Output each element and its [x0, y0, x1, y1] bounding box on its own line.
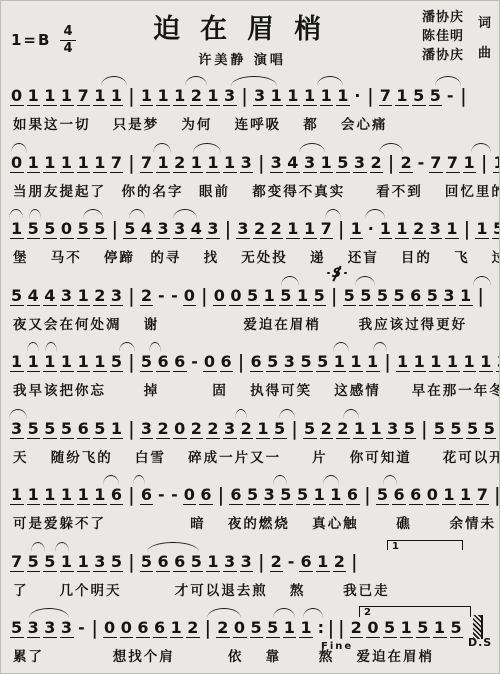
key-signature: 1=B 4 4 — [11, 25, 76, 55]
music-line-5: 1 1 1 1 1 1 5 | 5 6 6 - 0 6 | 6 5 3 5 5 … — [9, 339, 491, 406]
first-ending-number: 1 — [392, 541, 399, 552]
slur-arc — [9, 409, 27, 419]
notes-row: 1 1 1 1 1 1 5 | 5 6 6 - 0 6 | 6 5 3 5 5 … — [10, 352, 491, 372]
slur-arc — [129, 209, 145, 219]
song-title: 迫在眉梢 — [143, 7, 341, 46]
notes-row: 5 3 3 3 - | 0 0 6 6 1 2 | 2 0 5 5 1 1 :|… — [10, 618, 491, 638]
lyrics-row: 可是爱躲不了 暗 夜的燃烧 真心触 礁 余情未 — [13, 512, 491, 532]
music-line-7: 1 1 1 1 1 1 6 | 6 - - 0 6 | 6 5 3 5 5 1 … — [9, 472, 491, 539]
second-ending-bracket: 2 — [359, 606, 471, 617]
slur-arc — [383, 475, 397, 485]
slur-arc — [303, 608, 323, 618]
music-line-4: S 5 4 4 3 1 2 3 | 2 - - 0 | 0 0 5 1 5 1 … — [9, 273, 491, 340]
notes-row: 0 1 1 1 7 1 1 | 1 1 1 2 1 3 | 3 1 1 1 1 … — [10, 86, 491, 106]
slur-arc — [231, 76, 277, 86]
lyrics-row: 累了 想找个肩 依 靠 熬 爱迫在眉梢 — [13, 645, 491, 665]
lyric-role-label: 词 — [478, 15, 491, 34]
lyrics-row: 我早该把你忘 掉 固 执得可笑 这感情 早在那一年冬 — [13, 379, 491, 399]
final-barline — [473, 615, 483, 639]
slur-arc — [29, 608, 69, 618]
music-role-label: 曲 — [478, 45, 491, 64]
slur-arc — [55, 542, 69, 552]
credit-names: 潘协庆 陈佳明 潘协庆 — [422, 9, 464, 66]
music-line-9: 2 5 3 3 3 - | 0 0 6 6 1 2 | 2 0 5 5 1 1 … — [9, 605, 491, 672]
slur-arc — [103, 475, 119, 485]
slur-arc — [45, 342, 57, 352]
slur-arc — [343, 409, 359, 419]
slur-arc — [299, 143, 325, 153]
music-line-3: 1 5 5 0 5 5 | 5 4 3 3 4 3 | 3 2 2 1 1 7 … — [9, 206, 491, 273]
slur-arc — [9, 209, 23, 219]
slur-arc — [317, 76, 343, 86]
time-signature-denominator: 4 — [63, 41, 72, 56]
lyrics-row: 夜又会在何处凋 谢 爱迫在眉梢 我应该过得更好 — [13, 313, 491, 333]
slur-arc — [31, 542, 45, 552]
slur-arc — [83, 209, 103, 219]
music-line-8: 1 7 5 5 1 1 3 5 | 5 6 6 5 1 3 3 | 2 - 6 … — [9, 539, 491, 606]
slur-arc — [365, 209, 385, 219]
lyrics-row: 了 几个明天 才可以退去煎 熬 我已走 — [13, 579, 491, 599]
slur-arc — [281, 276, 299, 286]
slur-arc — [323, 475, 339, 485]
first-ending-bracket: 1 — [387, 540, 463, 550]
notes-row: 7 5 5 1 1 3 5 | 5 6 6 5 1 3 3 | 2 - 6 1 … — [10, 552, 491, 572]
lyrics-row: 如果这一切 只是梦 为何 连呼吸 都 会心痛 — [13, 113, 491, 133]
slur-arc — [147, 542, 199, 552]
slur-arc — [29, 209, 41, 219]
music-line-1: 0 1 1 1 7 1 1 | 1 1 1 2 1 3 | 3 1 1 1 1 … — [9, 73, 491, 140]
slur-arc — [273, 475, 287, 485]
slur-arc — [435, 76, 461, 86]
slur-arc — [149, 342, 161, 352]
music-line-2: 0 1 1 1 1 1 7 | 7 1 2 1 1 1 3 | 3 4 3 1 … — [9, 140, 491, 207]
credit-roles: 词 曲 — [478, 9, 491, 66]
slur-arc — [235, 409, 247, 419]
notes-row: 1 1 1 1 1 1 6 | 6 - - 0 6 | 6 5 3 5 5 1 … — [10, 485, 491, 505]
lyrics-row: 堡 马不 停蹄 的寻 找 无处投 递 还盲 目的 飞 过了今 — [13, 246, 491, 266]
segno-icon: S — [327, 265, 347, 283]
lyricist-name: 陈佳明 — [422, 28, 464, 47]
slur-arc — [273, 608, 295, 618]
slur-arc — [333, 342, 349, 352]
notes-row: 1 5 5 0 5 5 | 5 4 3 3 4 3 | 3 2 2 1 1 7 … — [10, 219, 491, 239]
composer-name: 潘协庆 — [422, 47, 464, 66]
performer: 许美静 演唱 — [143, 49, 341, 68]
sheet-header: 1=B 4 4 迫在眉梢 许美静 演唱 潘协庆 陈佳明 潘协庆 词 曲 — [9, 7, 491, 73]
notes-row: 3 5 5 5 6 5 1 | 3 2 0 2 2 3 2 1 5 | 5 2 … — [10, 419, 491, 439]
lyricist-name: 潘协庆 — [422, 9, 464, 28]
credits: 潘协庆 陈佳明 潘协庆 词 曲 — [422, 9, 491, 66]
time-signature-numerator: 4 — [60, 25, 75, 41]
music-line-6: 3 5 5 5 6 5 1 | 3 2 0 2 2 3 2 1 5 | 5 2 … — [9, 406, 491, 473]
time-signature: 4 4 — [60, 25, 75, 55]
slur-arc — [173, 209, 197, 219]
notes-row: 0 1 1 1 1 1 7 | 7 1 2 1 1 1 3 | 3 4 3 1 … — [10, 153, 491, 173]
slur-arc — [101, 76, 127, 86]
title-block: 迫在眉梢 许美静 演唱 — [143, 7, 341, 68]
sheet-music-page: 1=B 4 4 迫在眉梢 许美静 演唱 潘协庆 陈佳明 潘协庆 词 曲 — [0, 0, 500, 674]
notes-row: 5 4 4 3 1 2 3 | 2 - - 0 | 0 0 5 1 5 1 5 … — [10, 286, 491, 306]
slur-arc — [27, 342, 39, 352]
key-signature-text: 1=B — [11, 31, 51, 49]
second-ending-number: 2 — [364, 607, 371, 618]
slur-arc — [153, 143, 171, 153]
slur-arc — [11, 143, 27, 153]
lyrics-row: 当朋友提起了 你的名字 眼前 都变得不真实 看不到 回忆里的城 — [13, 180, 491, 200]
slur-arc — [193, 143, 221, 153]
slur-arc — [355, 276, 375, 286]
lyrics-row: 天 随纷飞的 白雪 碎成一片又一 片 你可知道 花可以开的更好 — [13, 446, 491, 466]
slur-arc — [185, 76, 207, 86]
